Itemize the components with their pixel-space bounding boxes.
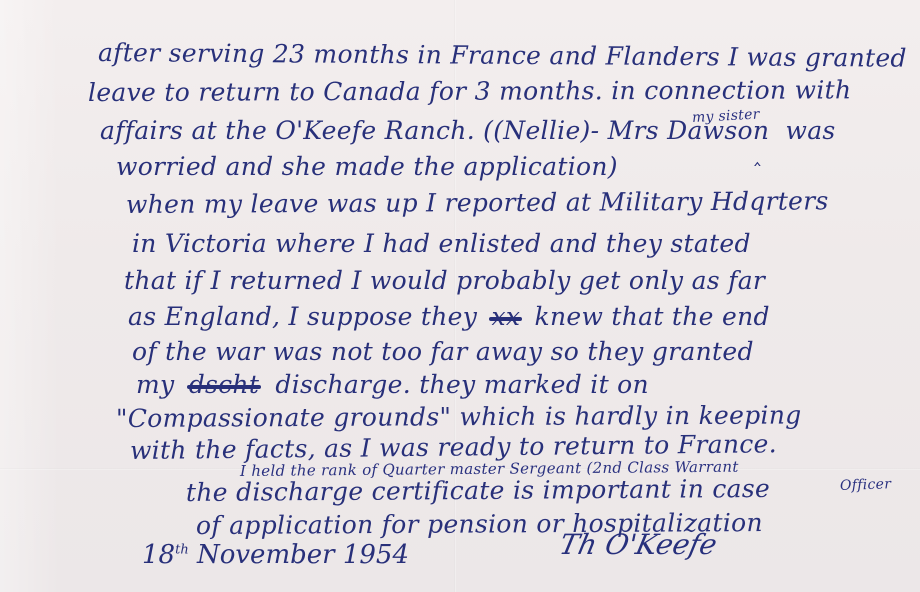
text-line-1: after serving 23 months in France and Fl… — [98, 38, 907, 73]
letter-date: 18th November 1954 — [142, 540, 409, 570]
text-line-5: when my leave was up I reported at Milit… — [126, 186, 829, 219]
text-line-9: of the war was not too far away so they … — [132, 337, 754, 366]
signature: Th O'Keefe — [556, 528, 720, 561]
text-line-8-rest: knew that the end — [535, 302, 770, 331]
letter-page: after serving 23 months in France and Fl… — [0, 0, 920, 592]
struck-word: xx — [491, 302, 520, 331]
struck-word: dscht — [189, 370, 259, 399]
date-day: 18 — [142, 540, 175, 570]
text-line-10-rest: discharge. they marked it on — [275, 370, 649, 399]
text-line-2: leave to return to Canada for 3 months. … — [88, 75, 852, 107]
text-line-7: that if I returned I would probably get … — [124, 266, 765, 295]
text-line-3-was: was — [786, 116, 836, 145]
text-line-13: the discharge certificate is important i… — [186, 474, 770, 507]
date-rest: November 1954 — [197, 540, 409, 570]
text-line-4: worried and she made the application) — [116, 152, 618, 181]
text-line-11: "Compassionate grounds" which is hardly … — [116, 400, 802, 433]
text-line-6: in Victoria where I had enlisted and the… — [132, 229, 751, 258]
insertion-caret-icon: ‸ — [754, 142, 761, 166]
date-suffix: th — [175, 542, 189, 557]
text-line-10: my dscht discharge. they marked it on — [136, 370, 649, 399]
text-line-3: affairs at the O'Keefe Ranch. ((Nellie)-… — [100, 116, 836, 145]
text-line-8: as England, I suppose they xx knew that … — [128, 302, 770, 331]
text-line-10-main: my — [136, 370, 174, 399]
insertion-officer: Officer — [840, 476, 892, 494]
text-line-8-main: as England, I suppose they — [128, 302, 477, 331]
text-line-3-main: affairs at the O'Keefe Ranch. ((Nellie)-… — [100, 116, 769, 145]
